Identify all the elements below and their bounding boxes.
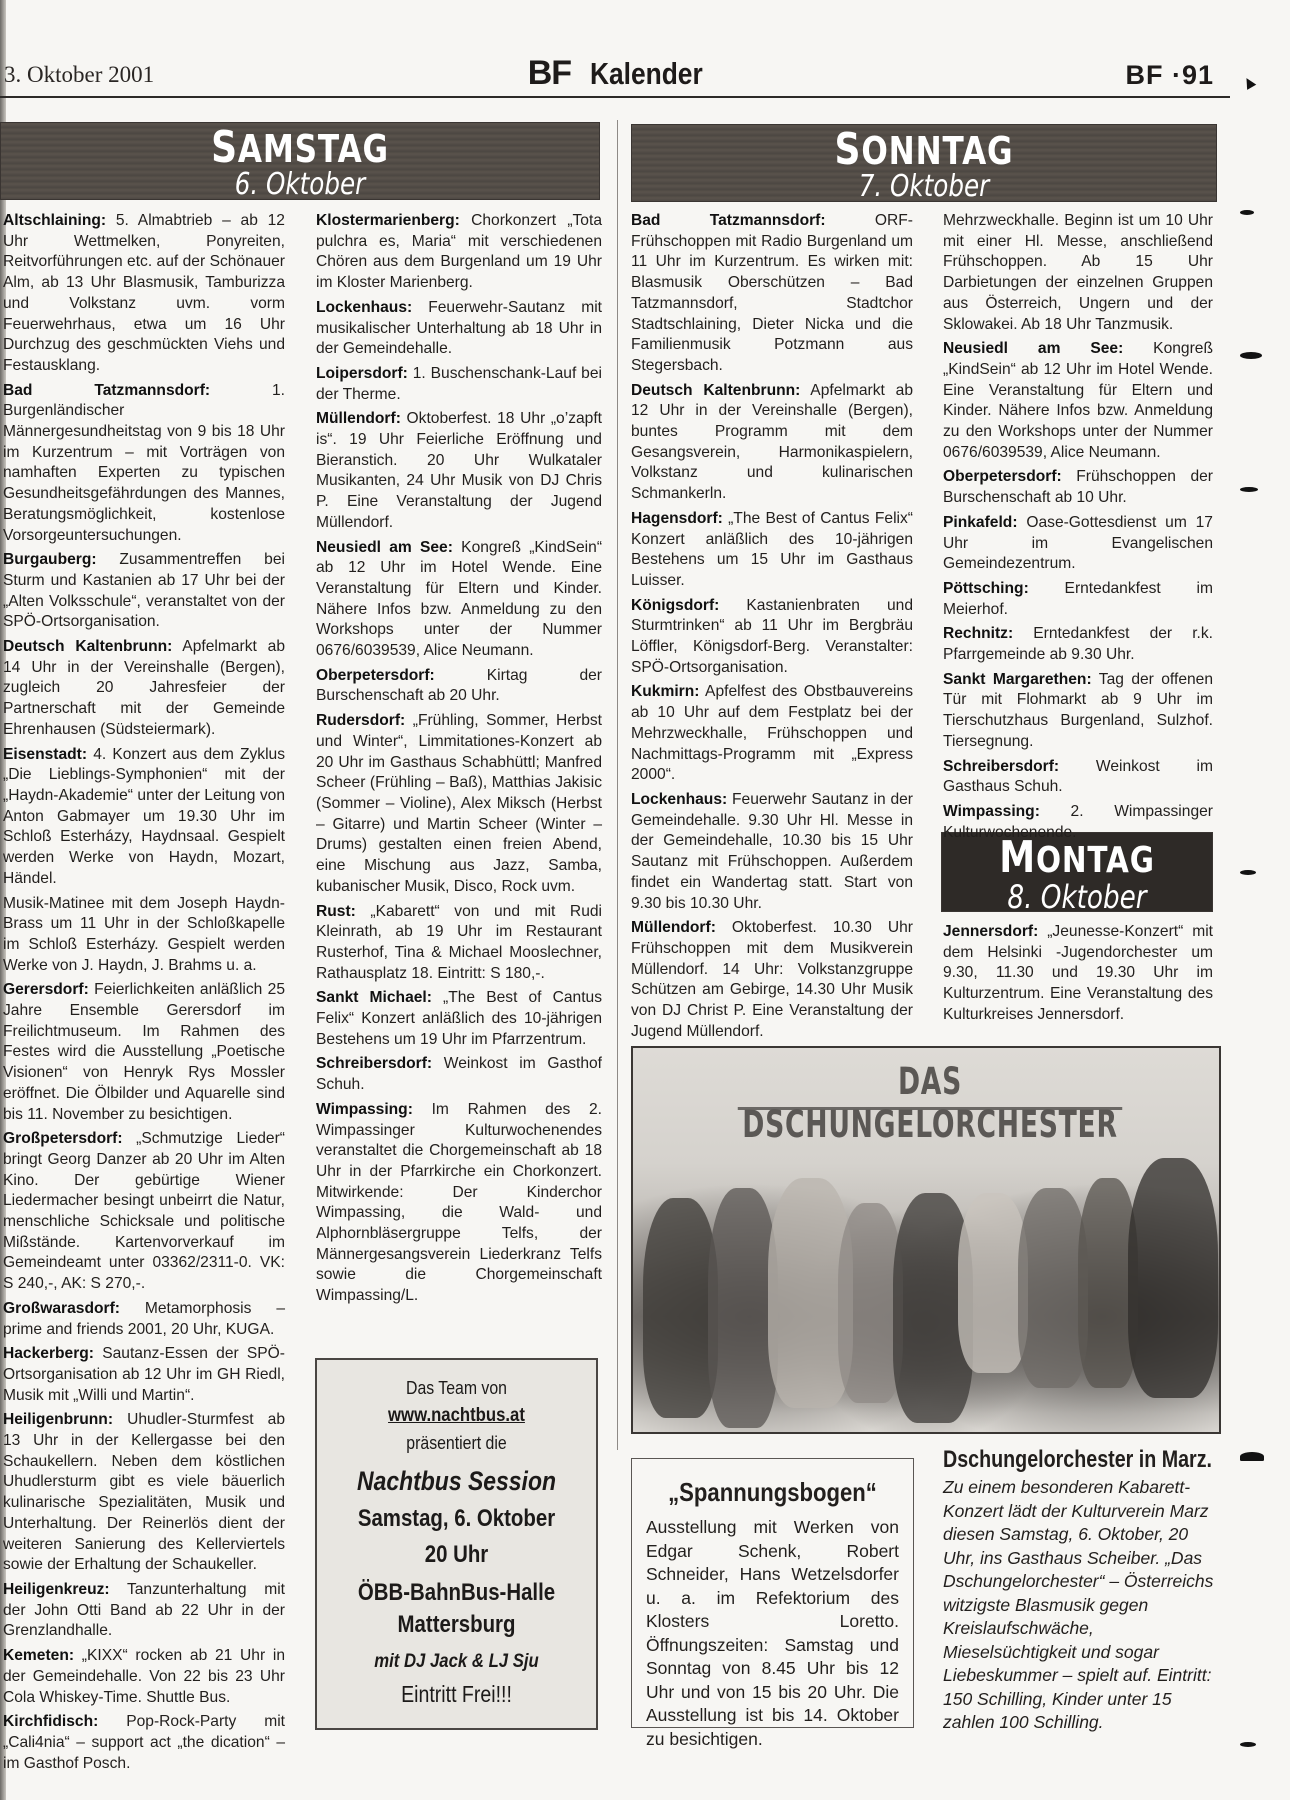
section-name: Kalender — [590, 56, 703, 92]
event-text: 1. Burgenländischer Männergesundheitstag… — [3, 382, 285, 544]
day-name: AMSTAG — [238, 127, 389, 171]
saturday-column-1: Altschlaining: 5. Almabtrieb – ab 12 Uhr… — [3, 211, 285, 1778]
event-entry: Rudersdorf: „Frühling, Sommer, Herbst un… — [316, 711, 602, 897]
event-place: Hagensdorf: — [631, 510, 723, 527]
box-title: „Spannungsbogen“ — [665, 1477, 880, 1508]
event-entry: Musik-Matinee mit dem Joseph Haydn-Brass… — [3, 894, 285, 977]
day-date: 7. Oktober — [685, 171, 1164, 203]
event-entry: Schreibersdorf: Weinkost im Gasthof Schu… — [316, 1054, 602, 1095]
caption-title: Dschungelorchester in Marz. — [943, 1446, 1173, 1474]
event-place: Gerersdorf: — [3, 981, 89, 998]
event-place: Schreibersdorf: — [943, 758, 1059, 775]
event-entry: Sankt Michael: „The Best of Cantus Felix… — [316, 988, 602, 1050]
brand-logo: BF — [528, 54, 571, 92]
ad-djs: mit DJ Jack & LJ Sju — [334, 1651, 580, 1673]
event-place: Bad Tatzmannsdorf: — [631, 212, 826, 229]
dschungelorchester-photo: DAS DSCHUNGELORCHESTER — [631, 1046, 1221, 1434]
event-place: Deutsch Kaltenbrunn: — [631, 382, 800, 399]
scan-mark-icon — [1240, 870, 1256, 875]
photo-figures — [633, 1158, 1219, 1428]
box-text: Ausstellung mit Werken von Edgar Schenk,… — [646, 1516, 899, 1751]
scan-mark-icon — [1240, 487, 1258, 492]
event-entry: Wimpassing: 2. Wimpassinger Kulturwochen… — [943, 802, 1213, 843]
event-entry: Heiligenkreuz: Tanzunterhaltung mit der … — [3, 1580, 285, 1642]
event-place: Lockenhaus: — [316, 299, 412, 316]
event-text: Mehrzweckhalle. Beginn ist um 10 Uhr mit… — [943, 212, 1213, 333]
event-entry: Mehrzweckhalle. Beginn ist um 10 Uhr mit… — [943, 211, 1213, 335]
event-entry: Müllendorf: Oktoberfest. 18 Uhr „o’zapft… — [316, 409, 602, 533]
event-place: Wimpassing: — [943, 803, 1040, 820]
event-text: 5. Almabtrieb – ab 12 Uhr Wettmelken, Po… — [3, 212, 285, 374]
photo-banner-text: DAS DSCHUNGELORCHESTER — [738, 1060, 1122, 1110]
event-place: Oberpetersdorf: — [943, 468, 1062, 485]
day-header-sunday: SONNTAG 7. Oktober — [631, 124, 1217, 202]
event-entry: Burgauberg: Zusammentreffen bei Sturm un… — [3, 550, 285, 633]
event-place: Burgauberg: — [3, 551, 97, 568]
event-entry: Deutsch Kaltenbrunn: Apfelmarkt ab 14 Uh… — [3, 637, 285, 741]
event-entry: Großpetersdorf: „Schmutzige Lieder“ brin… — [3, 1129, 285, 1295]
scan-mark-icon — [1240, 210, 1254, 215]
event-place: Großpetersdorf: — [3, 1130, 123, 1147]
ad-intro: Das Team von — [334, 1378, 580, 1399]
event-entry: Eisenstadt: 4. Konzert aus dem Zyklus „D… — [3, 745, 285, 890]
event-entry: Loipersdorf: 1. Buschenschank-Lauf bei d… — [316, 364, 602, 405]
day-date: 6. Oktober — [55, 169, 545, 201]
page-number: BF ·91 — [1125, 60, 1214, 91]
event-place: Wimpassing: — [316, 1101, 413, 1118]
event-entry: Altschlaining: 5. Almabtrieb – ab 12 Uhr… — [3, 211, 285, 377]
event-text: Im Rahmen des 2. Wimpassinger Kulturwoch… — [316, 1101, 602, 1304]
sunday-column-2: Mehrzweckhalle. Beginn ist um 10 Uhr mit… — [943, 211, 1213, 847]
scan-mark-icon — [1240, 352, 1262, 359]
section-title: BF Kalender — [0, 54, 1240, 93]
event-entry: Bad Tatzmannsdorf: 1. Burgenländischer M… — [3, 381, 285, 547]
ad-admission: Eintritt Frei!!! — [338, 1681, 575, 1708]
event-entry: Pöttsching: Erntedankfest im Meierhof. — [943, 579, 1213, 620]
caption-text: Zu einem besonderen Kabarett-Konzert läd… — [943, 1476, 1223, 1735]
event-entry: Müllendorf: Oktoberfest. 10.30 Uhr Frühs… — [631, 918, 913, 1042]
spannungsbogen-box: „Spannungsbogen“ Ausstellung mit Werken … — [631, 1458, 914, 1728]
event-text: ORF-Frühschoppen mit Radio Burgenland um… — [631, 212, 913, 374]
ad-presents: präsentiert die — [334, 1433, 580, 1454]
event-entry: Lockenhaus: Feuerwehr Sautanz in der Gem… — [631, 790, 913, 914]
event-entry: Kirchfidisch: Pop-Rock-Party mit „Cali4n… — [3, 1712, 285, 1774]
figure-shape — [1128, 1158, 1218, 1398]
event-text: Kongreß „KindSein“ ab 12 Uhr im Hotel We… — [316, 539, 602, 660]
event-entry: Neusiedl am See: Kongreß „KindSein“ ab 1… — [943, 339, 1213, 463]
event-place: Bad Tatzmannsdorf: — [3, 382, 210, 399]
event-place: Großwarasdorf: — [3, 1300, 120, 1317]
nachtbus-ad: Das Team von www.nachtbus.at präsentiert… — [315, 1358, 598, 1730]
event-place: Deutsch Kaltenbrunn: — [3, 638, 172, 655]
event-entry: Oberpetersdorf: Frühschoppen der Bursche… — [943, 467, 1213, 508]
event-place: Rudersdorf: — [316, 712, 405, 729]
day-initial: S — [835, 124, 862, 175]
event-place: Heiligenkreuz: — [3, 1581, 110, 1598]
event-entry: Kemeten: „KIXX“ rocken ab 21 Uhr in der … — [3, 1646, 285, 1708]
event-entry: Rust: „Kabarett“ von und mit Rudi Kleinr… — [316, 902, 602, 985]
event-place: Oberpetersdorf: — [316, 667, 435, 684]
event-entry: Lockenhaus: Feuerwehr-Sautanz mit musika… — [316, 298, 602, 360]
event-entry: Jennersdorf: „Jeunesse-Konzert“ mit dem … — [943, 922, 1213, 1026]
event-place: Heiligenbrunn: — [3, 1411, 113, 1428]
event-place: Kirchfidisch: — [3, 1713, 98, 1730]
event-text: „Schmutzige Lieder“ bringt Georg Danzer … — [3, 1130, 285, 1292]
page-header: 3. Oktober 2001 BF Kalender BF ·91 — [0, 48, 1240, 98]
event-place: Pinkafeld: — [943, 514, 1018, 531]
event-entry: Neusiedl am See: Kongreß „KindSein“ ab 1… — [316, 538, 602, 662]
event-place: Königsdorf: — [631, 597, 719, 614]
event-text: „Kabarett“ von und mit Rudi Kleinrath, a… — [316, 903, 602, 982]
figure-shape — [643, 1198, 718, 1418]
event-text: Kongreß „KindSein“ ab 12 Uhr im Hotel We… — [943, 340, 1213, 461]
event-text: „Frühling, Sommer, Herbst und Winter“, L… — [316, 712, 602, 895]
event-entry: Schreibersdorf: Weinkost im Gasthaus Sch… — [943, 757, 1213, 798]
ad-event-date: Samstag, 6. Oktober — [338, 1505, 575, 1533]
event-text: Feuerwehr Sautanz in der Gemeindehalle. … — [631, 791, 913, 912]
header-rule — [0, 96, 1230, 98]
event-place: Loipersdorf: — [316, 365, 408, 382]
event-entry: Königsdorf: Kastanienbraten und Sturmtri… — [631, 596, 913, 679]
event-entry: Gerersdorf: Feierlichkeiten anläßlich 25… — [3, 980, 285, 1125]
day-initial: S — [211, 122, 238, 173]
event-place: Kemeten: — [3, 1647, 74, 1664]
event-place: Neusiedl am See: — [316, 539, 453, 556]
ad-event-time: 20 Uhr — [338, 1541, 575, 1569]
event-entry: Sankt Margarethen: Tag der offenen Tür m… — [943, 670, 1213, 753]
event-text: Musik-Matinee mit dem Joseph Haydn-Brass… — [3, 895, 285, 974]
day-name: ONNTAG — [861, 129, 1013, 173]
event-entry: Bad Tatzmannsdorf: ORF-Frühschoppen mit … — [631, 211, 913, 377]
photo-caption: Dschungelorchester in Marz. Zu einem bes… — [943, 1446, 1223, 1735]
event-text: 4. Konzert aus dem Zyklus „Die Lieblings… — [3, 746, 285, 887]
scan-mark-icon — [1240, 1742, 1256, 1747]
event-entry: Großwarasdorf: Metamorphosis – prime and… — [3, 1299, 285, 1340]
scan-mark-icon — [1240, 1452, 1264, 1461]
column-divider — [617, 120, 618, 1450]
event-place: Hackerberg: — [3, 1345, 94, 1362]
event-entry: Wimpassing: Im Rahmen des 2. Wimpassinge… — [316, 1100, 602, 1307]
event-place: Jennersdorf: — [943, 923, 1038, 940]
event-place: Müllendorf: — [631, 919, 716, 936]
event-text: Oktoberfest. 10.30 Uhr Frühschoppen mit … — [631, 919, 913, 1040]
event-place: Schreibersdorf: — [316, 1055, 432, 1072]
event-place: Eisenstadt: — [3, 746, 87, 763]
saturday-column-2: Klostermarienberg: Chorkonzert „Tota pul… — [316, 211, 602, 1311]
event-text: Uhudler-Sturmfest ab 13 Uhr in der Kelle… — [3, 1411, 285, 1573]
event-text: Apfelmarkt ab 12 Uhr in der Vereinshalle… — [631, 382, 913, 503]
ad-venue-name: ÖBB-BahnBus-Halle — [338, 1577, 575, 1609]
event-place: Rechnitz: — [943, 625, 1013, 642]
event-entry: Oberpetersdorf: Kirtag der Burschenschaf… — [316, 666, 602, 707]
event-text: Oktoberfest. 18 Uhr „o’zapft is“. 19 Uhr… — [316, 410, 602, 531]
event-place: Kukmirn: — [631, 683, 699, 700]
event-place: Rust: — [316, 903, 356, 920]
event-entry: Hagensdorf: „The Best of Cantus Felix“ K… — [631, 509, 913, 592]
event-place: Klostermarienberg: — [316, 212, 460, 229]
ad-event-title: Nachtbus Session — [338, 1466, 575, 1497]
event-place: Pöttsching: — [943, 580, 1029, 597]
event-place: Müllendorf: — [316, 410, 401, 427]
day-date: 8. Oktober — [966, 881, 1187, 913]
ad-website-link[interactable]: www.nachtbus.at — [334, 1405, 580, 1427]
event-place: Sankt Michael: — [316, 989, 432, 1006]
monday-column: Jennersdorf: „Jeunesse-Konzert“ mit dem … — [943, 922, 1213, 1030]
event-entry: Pinkafeld: Oase-Gottesdienst um 17 Uhr i… — [943, 513, 1213, 575]
event-text: Feierlichkeiten anläßlich 25 Jahre Ensem… — [3, 981, 285, 1122]
event-place: Lockenhaus: — [631, 791, 727, 808]
ad-venue: ÖBB-BahnBus-Halle Mattersburg — [338, 1577, 575, 1641]
event-place: Neusiedl am See: — [943, 340, 1123, 357]
event-entry: Hackerberg: Sautanz-Essen der SPÖ-Ortsor… — [3, 1344, 285, 1406]
event-entry: Kukmirn: Apfelfest des Obstbauvereins ab… — [631, 682, 913, 786]
day-header-saturday: SAMSTAG 6. Oktober — [0, 122, 600, 200]
event-place: Sankt Margarethen: — [943, 671, 1092, 688]
sunday-column-1: Bad Tatzmannsdorf: ORF-Frühschoppen mit … — [631, 211, 913, 1113]
event-entry: Rechnitz: Erntedankfest der r.k. Pfarrge… — [943, 624, 1213, 665]
ad-venue-town: Mattersburg — [338, 1609, 575, 1641]
event-entry: Klostermarienberg: Chorkonzert „Tota pul… — [316, 211, 602, 294]
event-entry: Deutsch Kaltenbrunn: Apfelmarkt ab 12 Uh… — [631, 381, 913, 505]
event-place: Altschlaining: — [3, 212, 106, 229]
event-entry: Heiligenbrunn: Uhudler-Sturmfest ab 13 U… — [3, 1410, 285, 1576]
